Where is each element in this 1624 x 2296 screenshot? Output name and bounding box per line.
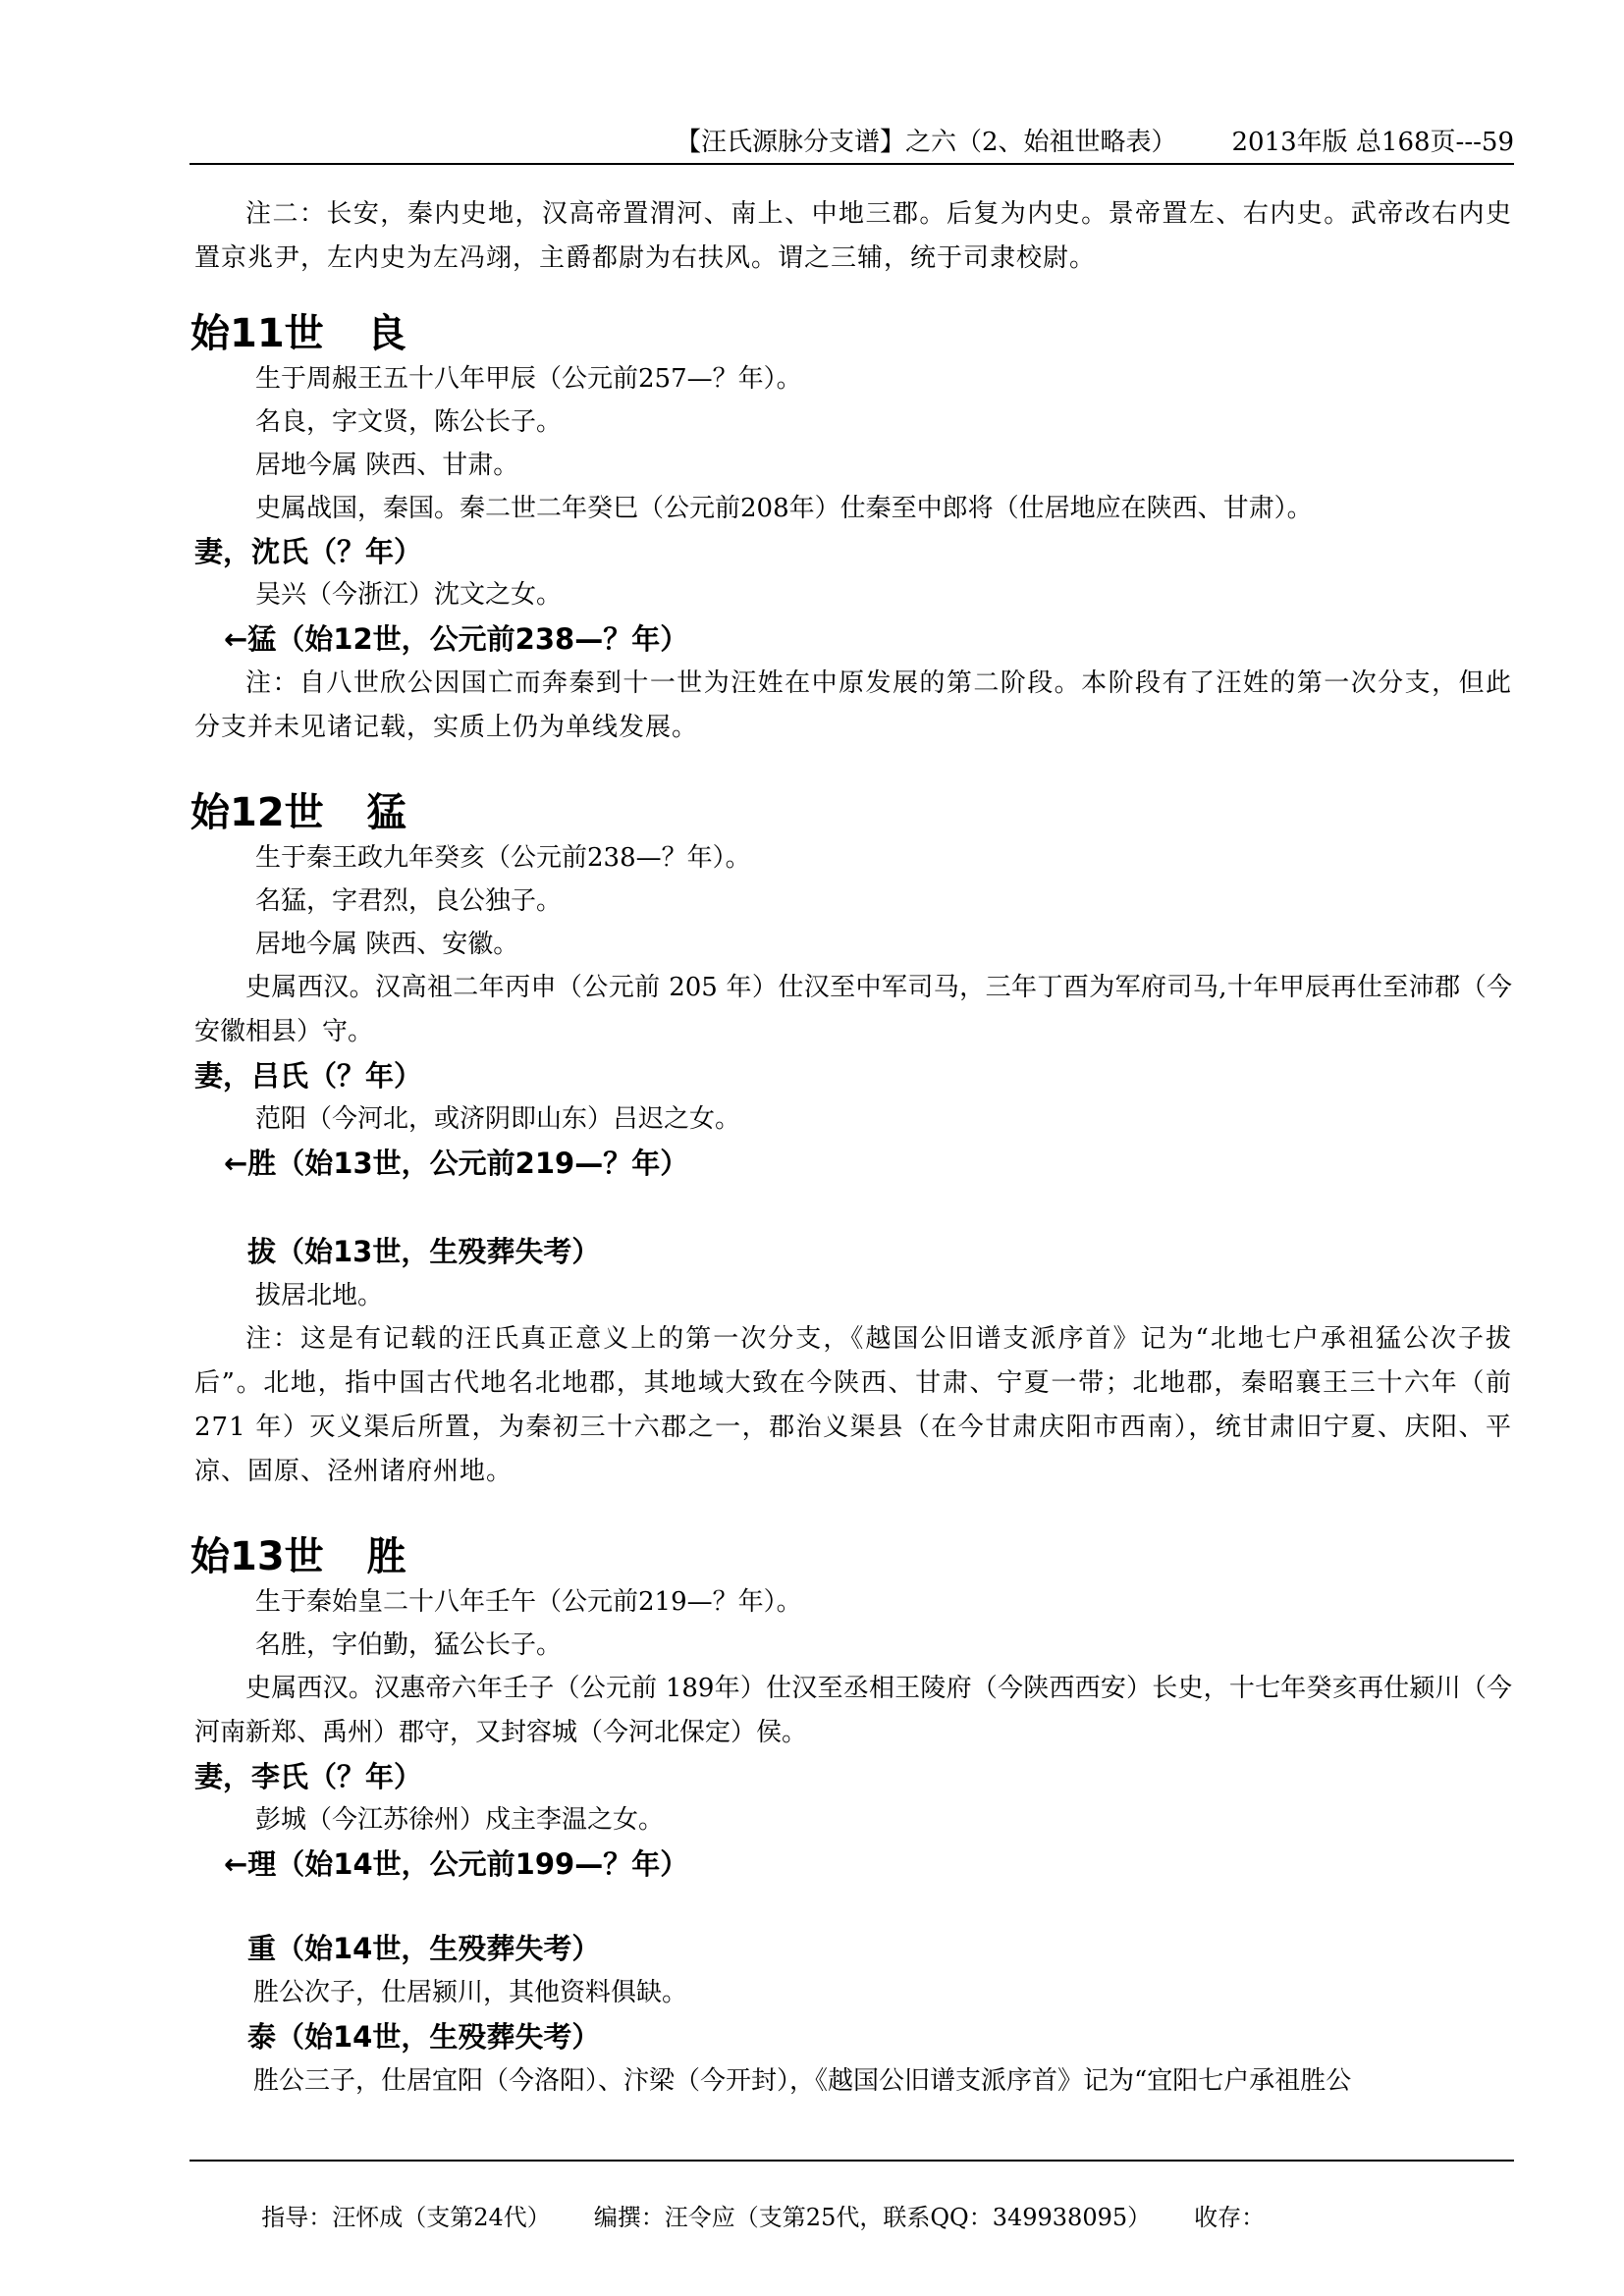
- name-line: 名良，字文贤，陈公长子。: [194, 400, 1512, 444]
- intro-note: 注二：长安，秦内史地，汉高帝置渭河、南上、中地三郡。后复为内史。景帝置左、右内史…: [194, 192, 1512, 281]
- footer-editor: 编撰：汪令应（支第25代，联系QQ：349938095）: [594, 2204, 1151, 2231]
- page-header: 【汪氏源脉分支谱】之六（2、始祖世略表） 2013年版 总168页---59: [189, 124, 1514, 165]
- child-branch-heading: 拔（始13世，生殁葬失考）: [194, 1229, 1512, 1274]
- ancestor-name: 胜: [367, 1534, 406, 1579]
- generation-note: 注：自八世欣公因国亡而奔秦到十一世为汪姓在中原发展的第二阶段。本阶段有了汪姓的第…: [194, 662, 1512, 750]
- generation-heading: 始12世猛: [190, 789, 1512, 836]
- child-link: ←猛（始12世，公元前238—？年）: [194, 616, 1512, 662]
- generation-11-section: 始11世良 生于周赧王五十八年甲辰（公元前257—？年）。 名良，字文贤，陈公长…: [194, 310, 1512, 750]
- wife-description: 彭城（今江苏徐州）戍主李温之女。: [194, 1798, 1512, 1842]
- child-branch-description: 胜公三子，仕居宜阳（今洛阳）、汴梁（今开封），《越国公旧谱支派序首》记为“宜阳七…: [194, 2059, 1512, 2103]
- footer-archive: 收存：: [1194, 2204, 1265, 2231]
- residence-line: 居地今属 陕西、安徽。: [194, 923, 1512, 966]
- wife-description: 吴兴（今浙江）沈文之女。: [194, 573, 1512, 616]
- history-paragraph: 史属西汉。汉惠帝六年壬子（公元前 189年）仕汉至丞相王陵府（今陕西西安）长史，…: [194, 1667, 1512, 1755]
- birth-line: 生于秦始皇二十八年壬午（公元前219—？年）。: [194, 1580, 1512, 1624]
- wife-heading: 妻，李氏（？年）: [194, 1755, 1512, 1798]
- birth-line: 生于周赧王五十八年甲辰（公元前257—？年）。: [194, 357, 1512, 400]
- footer-advisor: 指导：汪怀成（支第24代）: [261, 2204, 551, 2231]
- generation-number: 始12世: [190, 790, 324, 835]
- residence-line: 居地今属 陕西、甘肃。: [194, 444, 1512, 487]
- name-line: 名胜，字伯勤，猛公长子。: [194, 1624, 1512, 1667]
- generation-13-section: 始13世胜 生于秦始皇二十八年壬午（公元前219—？年）。 名胜，字伯勤，猛公长…: [194, 1533, 1512, 2103]
- wife-heading: 妻，吕氏（？年）: [194, 1054, 1512, 1097]
- child-branch-heading: 泰（始14世，生殁葬失考）: [194, 2014, 1512, 2059]
- child-link: ←理（始14世，公元前199—？年）: [194, 1842, 1512, 1887]
- generation-heading: 始11世良: [190, 310, 1512, 357]
- child-branch-description: 拔居北地。: [194, 1274, 1512, 1317]
- generation-heading: 始13世胜: [190, 1533, 1512, 1580]
- generation-number: 始11世: [190, 311, 324, 356]
- page-footer: 指导：汪怀成（支第24代）编撰：汪令应（支第25代，联系QQ：349938095…: [189, 2160, 1514, 2234]
- document-title: 【汪氏源脉分支谱】之六（2、始祖世略表）: [676, 126, 1177, 159]
- wife-heading: 妻，沈氏（？年）: [194, 530, 1512, 573]
- birth-line: 生于秦王政九年癸亥（公元前238—？年）。: [194, 836, 1512, 880]
- history-paragraph: 史属西汉。汉高祖二年丙申（公元前 205 年）仕汉至中军司马，三年丁酉为军府司马…: [194, 966, 1512, 1054]
- edition-page-number: 2013年版 总168页---59: [1232, 126, 1515, 159]
- child-branch-heading: 重（始14世，生殁葬失考）: [194, 1926, 1512, 1971]
- page-content: 注二：长安，秦内史地，汉高帝置渭河、南上、中地三郡。后复为内史。景帝置左、右内史…: [194, 192, 1512, 2103]
- name-line: 名猛，字君烈，良公独子。: [194, 880, 1512, 923]
- history-line: 史属战国，秦国。秦二世二年癸巳（公元前208年）仕秦至中郎将（仕居地应在陕西、甘…: [194, 487, 1512, 530]
- ancestor-name: 猛: [367, 790, 406, 835]
- generation-12-section: 始12世猛 生于秦王政九年癸亥（公元前238—？年）。 名猛，字君烈，良公独子。…: [194, 789, 1512, 1494]
- branch-note: 注：这是有记载的汪氏真正意义上的第一次分支，《越国公旧谱支派序首》记为“北地七户…: [194, 1317, 1512, 1494]
- wife-description: 范阳（今河北，或济阴即山东）吕迟之女。: [194, 1097, 1512, 1141]
- generation-number: 始13世: [190, 1534, 324, 1579]
- ancestor-name: 良: [367, 311, 406, 356]
- child-branch-description: 胜公次子，仕居颍川，其他资料俱缺。: [194, 1971, 1512, 2014]
- child-link: ←胜（始13世，公元前219—？年）: [194, 1141, 1512, 1186]
